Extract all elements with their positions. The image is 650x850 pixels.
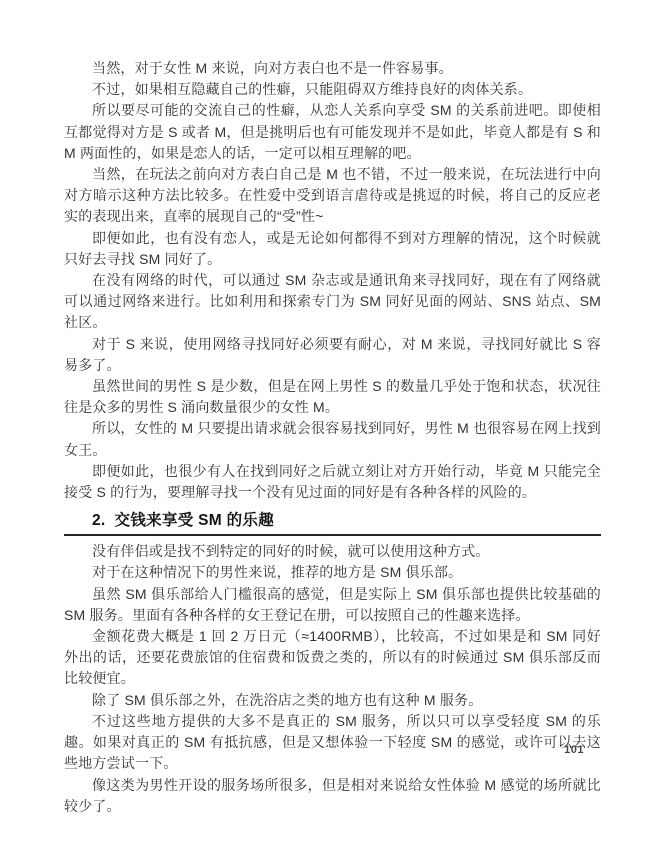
paragraph: 不过，如果相互隐藏自己的性癖，只能阻碍双方维持良好的肉体关系。 [64, 79, 601, 100]
section-heading-title: 交钱来享受 SM 的乐趣 [115, 512, 274, 529]
page-body-text: 当然，对于女性 M 来说，向对方表白也不是一件容易事。 不过，如果相互隐藏自己的… [64, 58, 601, 817]
section-heading-number: 2. [92, 512, 106, 529]
paragraph: 当然，在玩法之前向对方表白自己是 M 也不错，不过一般来说，在玩法进行中向对方暗… [64, 164, 601, 228]
paragraph: 所以要尽可能的交流自己的性癖，从恋人关系向享受 SM 的关系前进吧。即使相互都觉… [64, 100, 601, 164]
paragraph: 虽然 SM 俱乐部给人门槛很高的感觉，但是实际上 SM 俱乐部也提供比较基础的 … [64, 584, 601, 626]
paragraph: 金额花费大概是 1 回 2 万日元（≈1400RMB），比较高，不过如果是和 S… [64, 626, 601, 690]
paragraph: 没有伴侣或是找不到特定的同好的时候，就可以使用这种方式。 [64, 541, 601, 562]
paragraph: 除了 SM 俱乐部之外，在洗浴店之类的地方也有这种 M 服务。 [64, 690, 601, 711]
paragraph: 即便如此，也很少有人在找到同好之后就立刻让对方开始行动，毕竟 M 只能完全接受 … [64, 461, 601, 503]
document-page: 当然，对于女性 M 来说，向对方表白也不是一件容易事。 不过，如果相互隐藏自己的… [0, 0, 650, 850]
paragraph: 不过这些地方提供的大多不是真正的 SM 服务，所以只可以享受轻度 SM 的乐趣。… [64, 711, 601, 775]
paragraph: 在没有网络的时代，可以通过 SM 杂志或是通讯角来寻找同好，现在有了网络就可以通… [64, 270, 601, 334]
section-heading: 2.交钱来享受 SM 的乐趣 [64, 512, 601, 536]
page-number: 101 [564, 744, 584, 756]
paragraph: 像这类为男性开设的服务场所很多，但是相对来说给女性体验 M 感觉的场所就比较少了… [64, 775, 601, 817]
paragraph: 对于 S 来说，使用网络寻找同好必须要有耐心，对 M 来说，寻找同好就比 S 容… [64, 334, 601, 376]
paragraph: 当然，对于女性 M 来说，向对方表白也不是一件容易事。 [64, 58, 601, 79]
paragraph: 所以，女性的 M 只要提出请求就会很容易找到同好，男性 M 也很容易在网上找到女… [64, 418, 601, 460]
paragraph: 即便如此，也有没有恋人，或是无论如何都得不到对方理解的情况，这个时候就只好去寻找… [64, 228, 601, 270]
paragraph: 虽然世间的男性 S 是少数，但是在网上男性 S 的数量几乎处于饱和状态，状况往往… [64, 376, 601, 418]
paragraph: 对于在这种情况下的男性来说，推荐的地方是 SM 俱乐部。 [64, 562, 601, 583]
